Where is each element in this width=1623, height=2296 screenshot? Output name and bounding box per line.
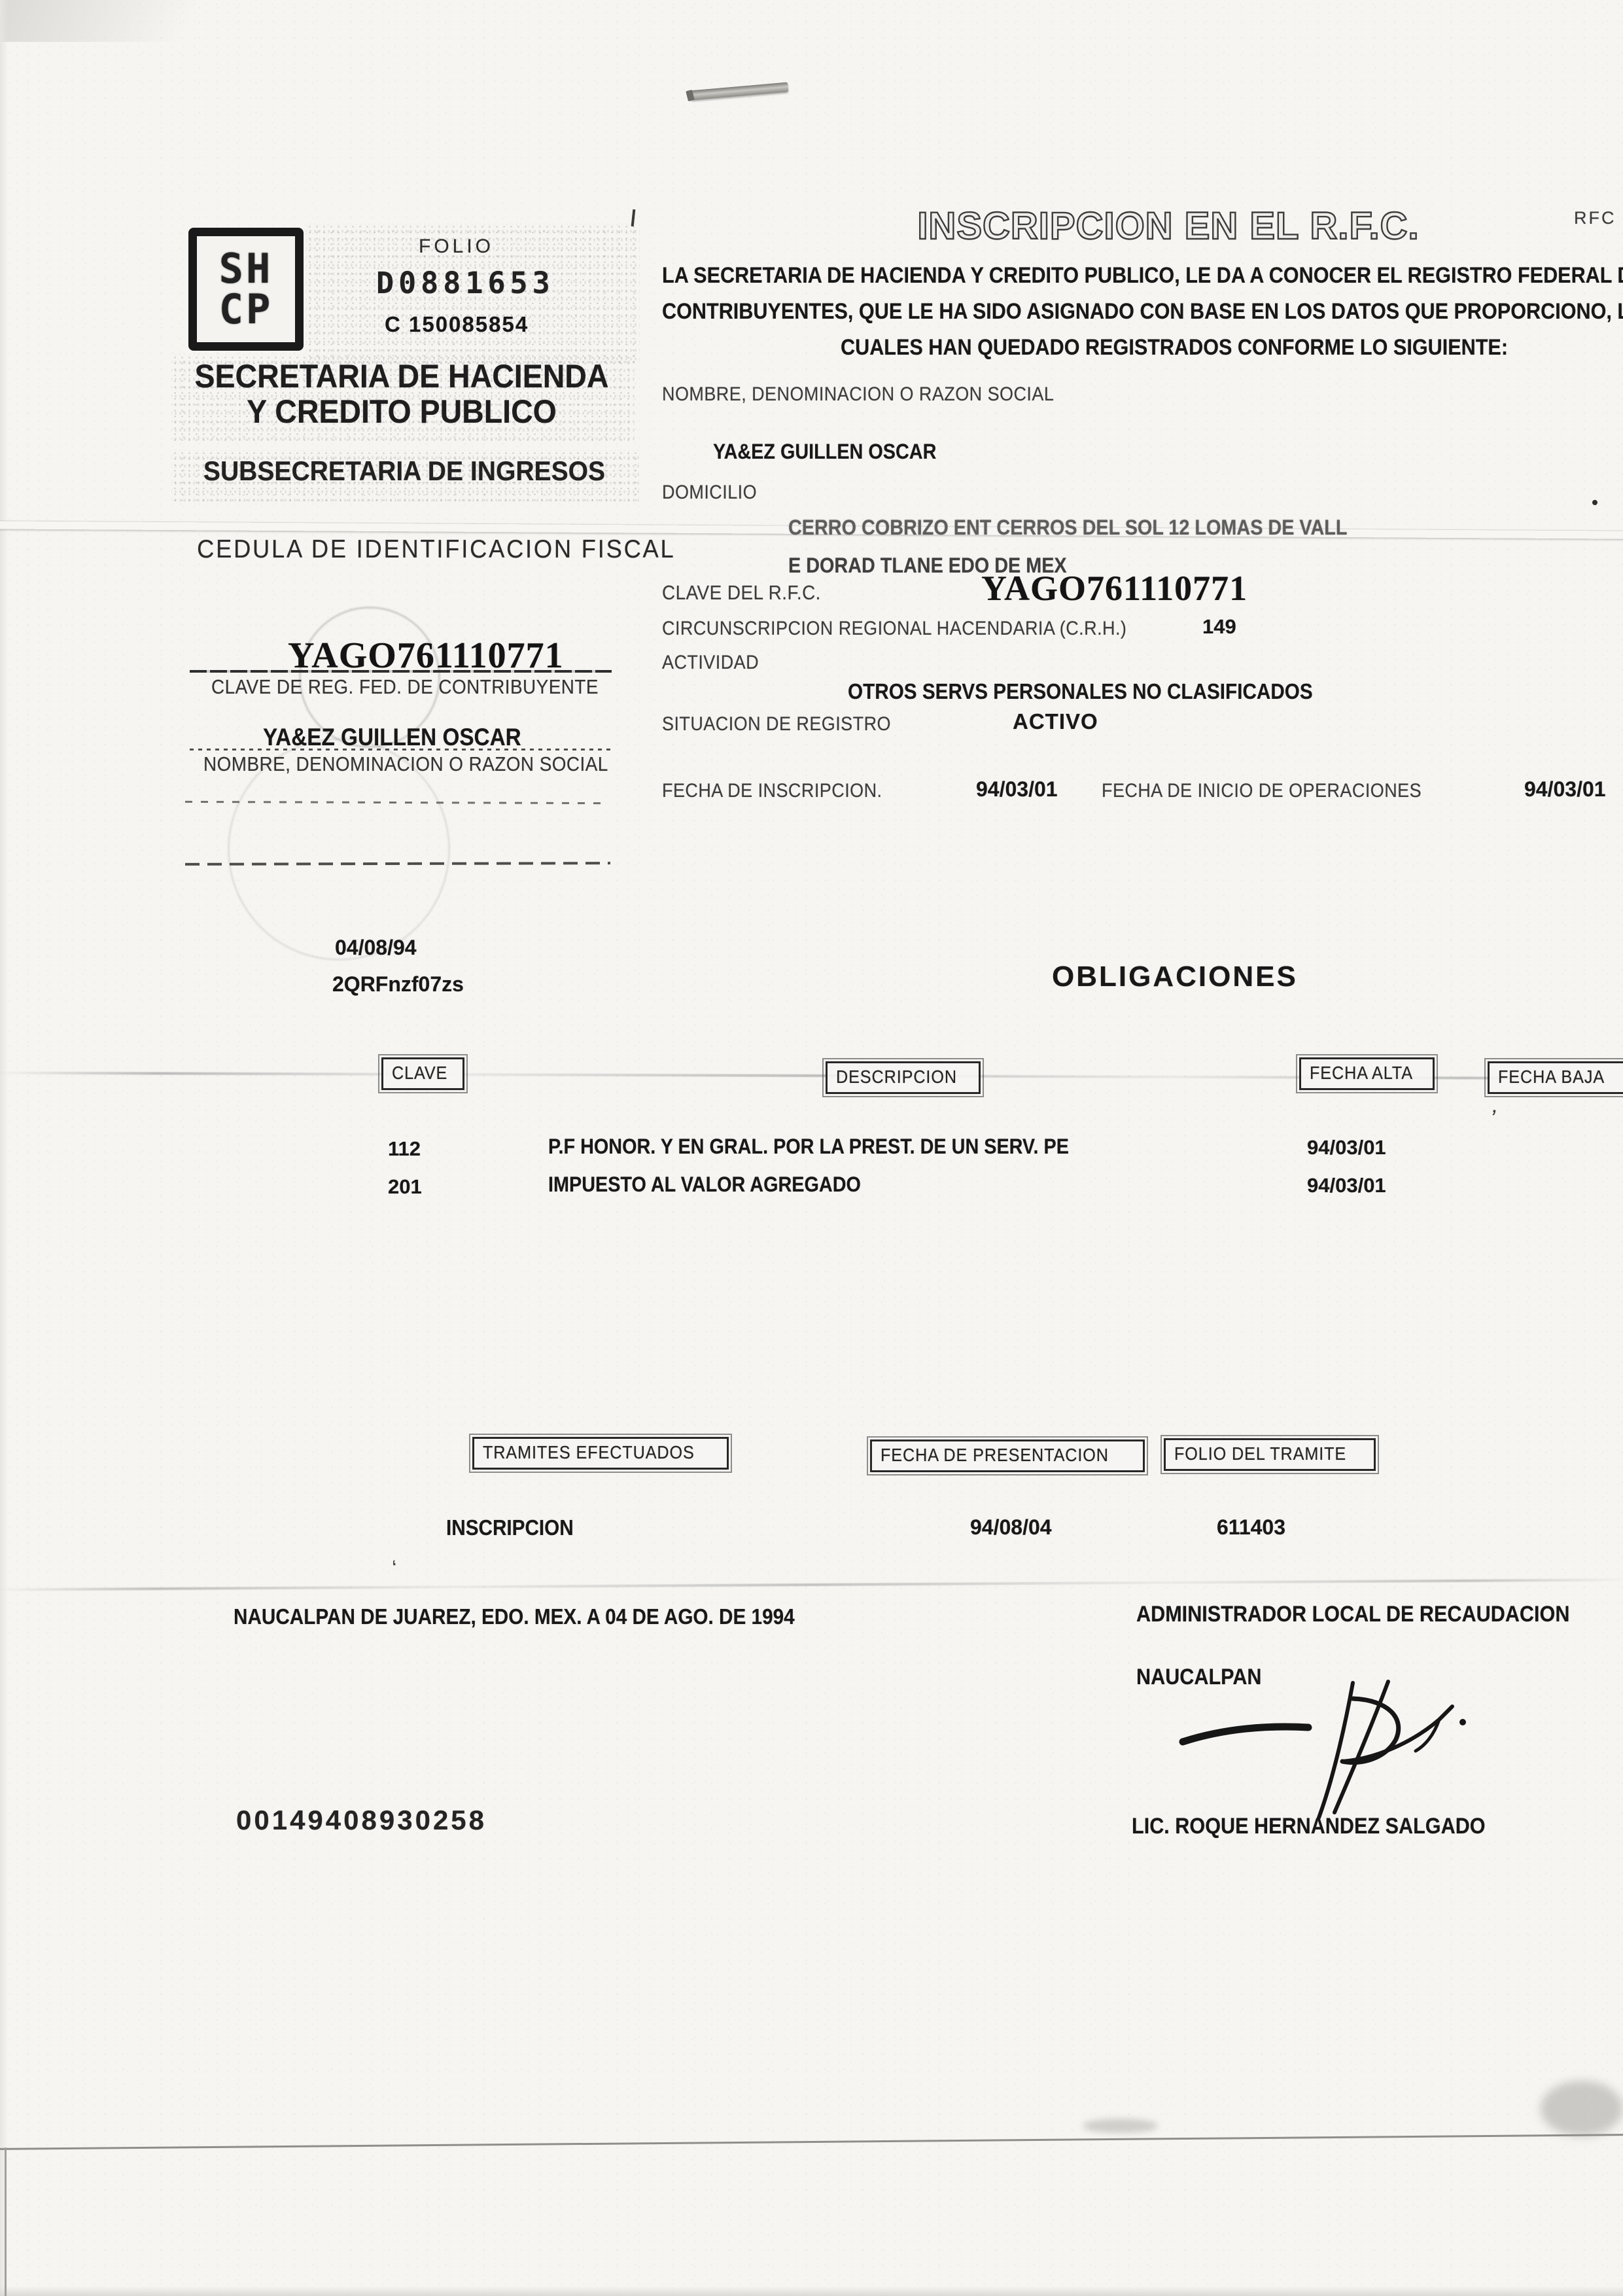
page-corner-shade <box>0 0 288 42</box>
obligacion-clave: 112 <box>388 1137 421 1161</box>
column-header-clave: CLAVE <box>381 1057 464 1090</box>
column-header-fecha-presentacion: FECHA DE PRESENTACION <box>870 1439 1145 1472</box>
column-header-fecha-baja-text: FECHA BAJA <box>1498 1067 1605 1087</box>
column-header-fecha-baja: FECHA BAJA <box>1488 1061 1623 1094</box>
fecha-inicio-value: 94/03/01 <box>1524 777 1606 802</box>
column-header-fecha-alta-text: FECHA ALTA <box>1310 1063 1413 1084</box>
shcp-logo: SH CP <box>188 228 304 351</box>
column-header-tramites: TRAMITES EFECTUADOS <box>472 1437 729 1470</box>
sheet-edge-line <box>0 2134 1623 2150</box>
crh-value: 149 <box>1202 615 1236 639</box>
scan-dot <box>1592 500 1597 505</box>
column-header-fecha-alta: FECHA ALTA <box>1299 1057 1435 1090</box>
crh-label: CIRCUNSCRIPCION REGIONAL HACENDARIA (C.R… <box>662 618 1126 640</box>
secretaria-line2: Y CREDITO PUBLICO <box>191 393 612 431</box>
control-number-bottom: 00149408930258 <box>236 1805 487 1836</box>
tramite-folio: 611403 <box>1217 1515 1285 1540</box>
column-header-fecha-presentacion-text: FECHA DE PRESENTACION <box>881 1445 1109 1466</box>
obligaciones-title: OBLIGACIONES <box>1052 961 1298 993</box>
situacion-label: SITUACION DE REGISTRO <box>662 713 891 735</box>
intro-line1: LA SECRETARIA DE HACIENDA Y CREDITO PUBL… <box>662 263 1623 289</box>
bottom-edge-shade <box>0 2286 1623 2296</box>
tramite-value: INSCRIPCION <box>446 1515 574 1540</box>
folio-label: FOLIO <box>419 236 494 258</box>
scan-smudge <box>1541 2081 1623 2136</box>
print-code: 2QRFnzf07zs <box>332 972 464 997</box>
scan-smudge <box>1083 2119 1158 2133</box>
obligacion-descripcion: P.F HONOR. Y EN GRAL. POR LA PREST. DE U… <box>548 1135 1069 1159</box>
pen-mark: ‘ <box>391 1556 399 1582</box>
place-date: NAUCALPAN DE JUAREZ, EDO. MEX. A 04 DE A… <box>234 1604 795 1629</box>
cedula-nombre-underline <box>190 749 612 751</box>
obligacion-clave: 201 <box>388 1175 422 1199</box>
print-date: 04/08/94 <box>335 936 417 960</box>
cedula-rfc-underline <box>190 670 612 673</box>
domicilio-line1: CERRO COBRIZO ENT CERROS DEL SOL 12 LOMA… <box>788 516 1347 540</box>
fecha-inscripcion-value: 94/03/01 <box>976 777 1058 802</box>
cedula-rfc-label: CLAVE DE REG. FED. DE CONTRIBUYENTE <box>211 675 599 699</box>
obligacion-fecha-alta: 94/03/01 <box>1307 1136 1386 1159</box>
clave-rfc-label: CLAVE DEL R.F.C. <box>662 581 821 605</box>
clave-rfc-value: YAGO761110771 <box>981 568 1248 609</box>
scanned-document: SH CP FOLIO D0881653 C 150085854 SECRETA… <box>0 0 1623 2296</box>
cedula-title: CEDULA DE IDENTIFICACION FISCAL <box>197 535 599 564</box>
signature <box>1178 1679 1478 1823</box>
actividad-value: OTROS SERVS PERSONALES NO CLASIFICADOS <box>848 679 1313 704</box>
obligacion-descripcion: IMPUESTO AL VALOR AGREGADO <box>548 1173 861 1197</box>
column-header-descripcion: DESCRIPCION <box>826 1061 981 1094</box>
shcp-logo-letters-top: SH <box>219 249 273 289</box>
column-header-clave-text: CLAVE <box>392 1063 447 1084</box>
column-header-folio-tramite: FOLIO DEL TRAMITE <box>1164 1438 1376 1471</box>
sheet-edge-left-line <box>5 2147 7 2296</box>
fecha-inscripcion-label: FECHA DE INSCRIPCION. <box>662 780 882 802</box>
left-edge-shade <box>0 0 8 2296</box>
control-number: C 150085854 <box>385 312 529 337</box>
column-header-tramites-text: TRAMITES EFECTUADOS <box>483 1442 695 1463</box>
tramite-fecha: 94/08/04 <box>970 1515 1052 1540</box>
nombre-value: YA&EZ GUILLEN OSCAR <box>713 440 936 464</box>
document-title: INSCRIPCION EN EL R.F.C. <box>901 204 1435 248</box>
subsecretaria: SUBSECRETARIA DE INGRESOS <box>192 455 618 487</box>
signer-name: LIC. ROQUE HERNANDEZ SALGADO <box>1132 1814 1486 1839</box>
rfc-corner-label: RFC <box>1574 208 1616 228</box>
column-header-descripcion-text: DESCRIPCION <box>836 1067 957 1087</box>
cedula-blank-line <box>185 862 610 866</box>
domicilio-label: DOMICILIO <box>662 482 757 504</box>
shcp-logo-letters-bottom: CP <box>219 289 273 330</box>
secretaria-line1: SECRETARIA DE HACIENDA <box>191 357 612 395</box>
intro-line2: CONTRIBUYENTES, QUE LE HA SIDO ASIGNADO … <box>662 299 1623 325</box>
folio-value: D0881653 <box>376 266 555 300</box>
obligacion-fecha-alta: 94/03/01 <box>1307 1174 1386 1197</box>
pen-mark: ’ <box>1488 1104 1499 1133</box>
staple <box>690 82 789 100</box>
scan-crease <box>0 1578 1623 1591</box>
cedula-nombre-label: NOMBRE, DENOMINACION O RAZON SOCIAL <box>203 752 608 776</box>
admin-title-line1: ADMINISTRADOR LOCAL DE RECAUDACION <box>1136 1602 1569 1627</box>
fecha-inicio-label: FECHA DE INICIO DE OPERACIONES <box>1102 780 1422 802</box>
situacion-value: ACTIVO <box>1013 709 1098 734</box>
actividad-label: ACTIVIDAD <box>662 652 759 674</box>
intro-line3: CUALES HAN QUEDADO REGISTRADOS CONFORME … <box>841 335 1508 361</box>
cedula-nombre-value: YA&EZ GUILLEN OSCAR <box>263 724 521 751</box>
column-header-folio-tramite-text: FOLIO DEL TRAMITE <box>1174 1443 1346 1464</box>
nombre-label: NOMBRE, DENOMINACION O RAZON SOCIAL <box>662 383 1054 406</box>
